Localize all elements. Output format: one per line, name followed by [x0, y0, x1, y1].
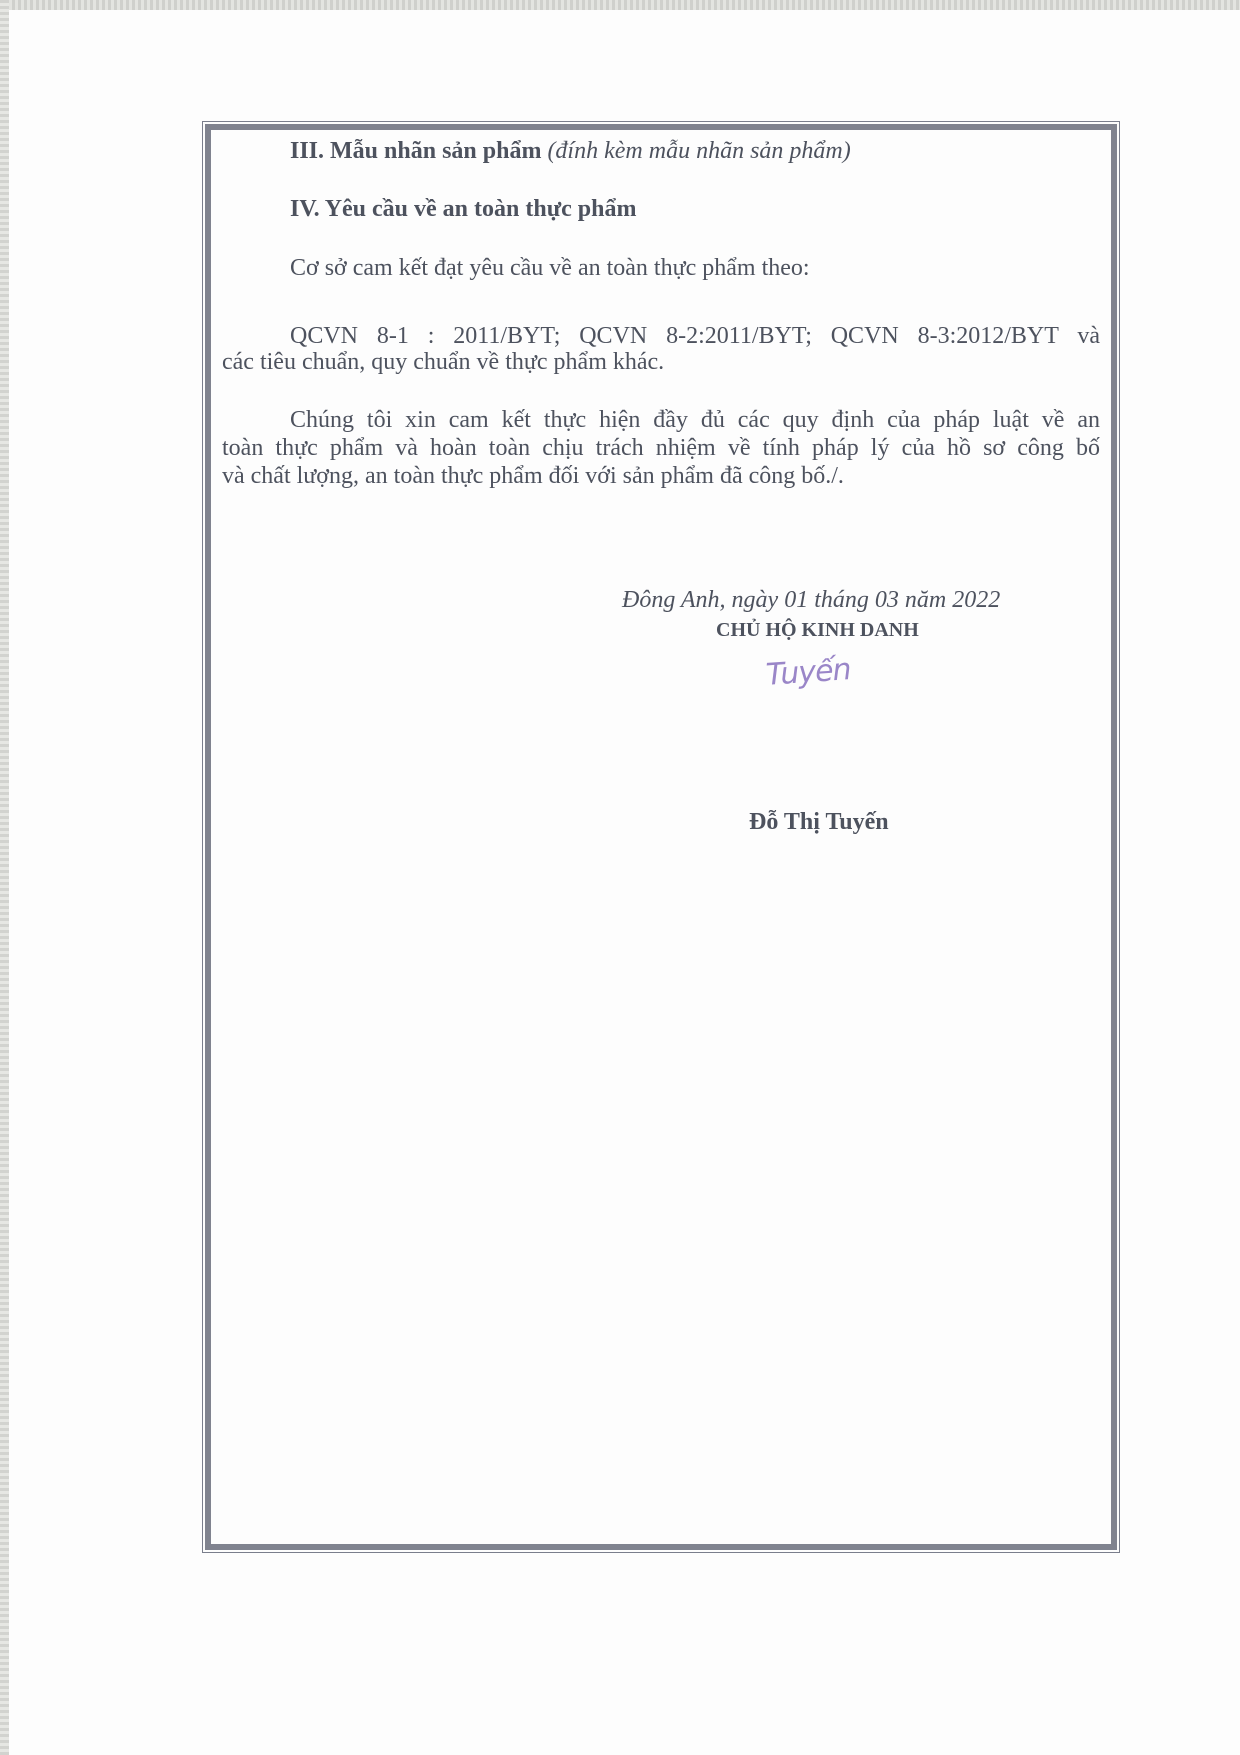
scanner-edge-top	[0, 0, 1240, 10]
scanner-edge-left	[0, 0, 9, 1755]
section-3-heading-line: III. Mẫu nhãn sản phẩm (đính kèm mẫu nhã…	[290, 137, 851, 165]
standards-line-1: QCVN 8-1 : 2011/BYT; QCVN 8-2:2011/BYT; …	[222, 322, 1100, 350]
commitment-line-3: và chất lượng, an toàn thực phẩm đối với…	[222, 462, 844, 490]
place-date: Đông Anh, ngày 01 tháng 03 năm 2022	[622, 586, 1000, 614]
commitment-line-1: Chúng tôi xin cam kết thực hiện đầy đủ c…	[222, 406, 1100, 434]
standards-line-2: các tiêu chuẩn, quy chuẩn về thực phẩm k…	[222, 348, 664, 376]
signatory-name: Đỗ Thị Tuyến	[749, 808, 889, 836]
commitment-line-2: toàn thực phẩm và hoàn toàn chịu trách n…	[222, 434, 1100, 462]
section-3-heading: III. Mẫu nhãn sản phẩm	[290, 138, 541, 164]
handwritten-signature: Tuyến	[765, 652, 852, 693]
section-3-note: (đính kèm mẫu nhãn sản phẩm)	[547, 138, 850, 164]
section-4-intro: Cơ sở cam kết đạt yêu cầu về an toàn thự…	[290, 254, 810, 282]
section-4-heading: IV. Yêu cầu về an toàn thực phẩm	[290, 195, 636, 223]
signatory-title: CHỦ HỘ KINH DANH	[716, 616, 919, 644]
